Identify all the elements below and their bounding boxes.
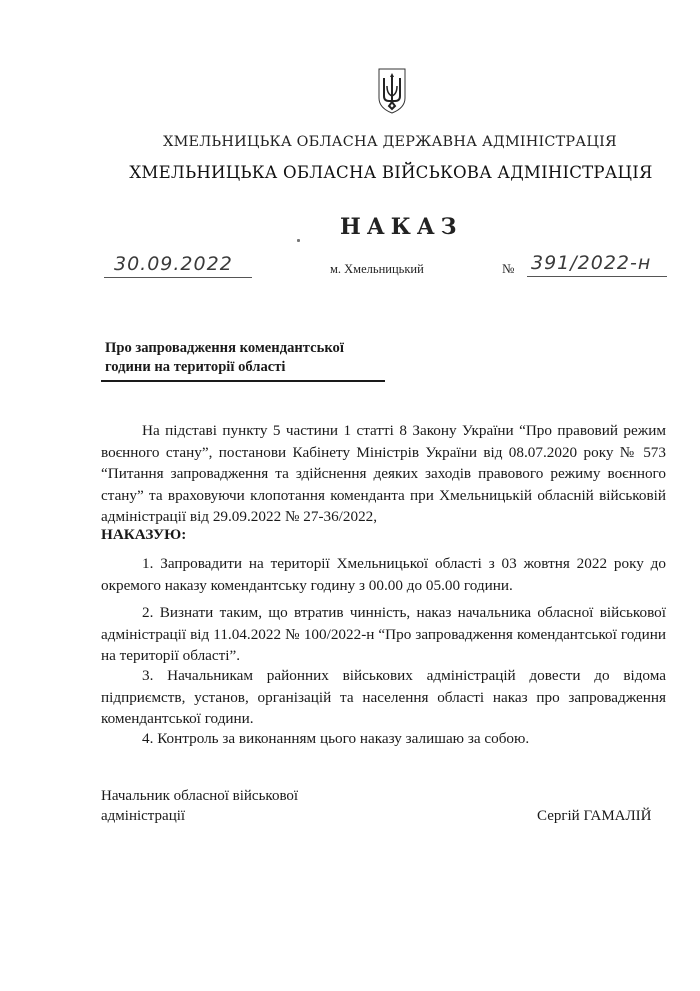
document-page: ХМЕЛЬНИЦЬКА ОБЛАСНА ДЕРЖАВНА АДМІНІСТРАЦ… [0,0,700,991]
date-field: 30.09.2022 [104,253,252,278]
order-subject: Про запровадження комендантської години … [105,339,385,377]
organization-line-1: ХМЕЛЬНИЦЬКА ОБЛАСНА ДЕРЖАВНА АДМІНІСТРАЦ… [0,134,700,150]
order-heading: НАКАЗУЮ: [101,526,186,544]
city-label: м. Хмельницький [330,262,424,277]
order-item-3: 3. Начальникам районних військових адмін… [101,665,666,730]
order-item-4: 4. Контроль за виконанням цього наказу з… [101,728,666,750]
signatory-name: Сергій ГАМАЛІЙ [537,806,652,826]
handwritten-date: 30.09.2022 [114,253,233,275]
position-line-2: адміністрації [101,806,298,826]
order-item-1: 1. Запровадити на території Хмельницької… [101,553,666,596]
document-title: НАКАЗ [340,214,463,240]
subject-line-2: години на території області [105,358,385,377]
number-label: № [502,261,514,277]
subject-underline [101,380,385,382]
subject-line-1: Про запровадження комендантської [105,339,385,358]
number-field: 391/2022-н [527,252,667,277]
order-item-2: 2. Визнати таким, що втратив чинність, н… [101,602,666,667]
preamble-paragraph: На підставі пункту 5 частини 1 статті 8 … [101,420,666,528]
scan-speck [297,239,300,242]
signatory-position: Начальник обласної військової адміністра… [101,786,298,826]
position-line-1: Начальник обласної військової [101,786,298,806]
coat-of-arms-icon [377,68,407,114]
organization-line-2: ХМЕЛЬНИЦЬКА ОБЛАСНА ВІЙСЬКОВА АДМІНІСТРА… [0,163,700,182]
handwritten-number: 391/2022-н [531,252,651,274]
